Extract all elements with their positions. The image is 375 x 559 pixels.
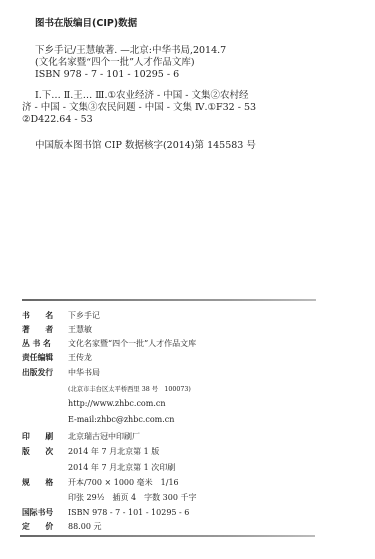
publisher-address: (北京市丰台区太平桥西里 38 号 100073) xyxy=(68,384,191,395)
classification-line-3: ②D422.64 - 53 xyxy=(22,114,93,126)
row-value: 北京瑞古冠中印刷厂 xyxy=(68,431,140,442)
row-value: ISBN 978 - 7 - 101 - 10295 - 6 xyxy=(68,507,189,518)
row-label: 国际书号 xyxy=(22,507,68,518)
row-label: 版 次 xyxy=(22,446,68,457)
row-value: 文化名家暨“四个一批”人才作品文库 xyxy=(68,338,196,349)
colophon-row-isbn: 国际书号ISBN 978 - 7 - 101 - 10295 - 6 xyxy=(22,507,189,518)
top-divider xyxy=(22,299,316,301)
colophon-row-publisher: 出版发行中华书局 xyxy=(22,367,100,378)
row-value: 王慧敏 xyxy=(68,324,92,335)
row-label: 著 者 xyxy=(22,324,68,335)
colophon-row-printer: 印 刷北京瑞古冠中印刷厂 xyxy=(22,431,140,442)
colophon-row-series: 丛 书 名文化名家暨“四个一批”人才作品文库 xyxy=(22,338,196,349)
row-label: 责任编辑 xyxy=(22,352,68,363)
printing-line: 2014 年 7 月北京第 1 次印刷 xyxy=(68,462,175,473)
colophon-row-format: 规 格开本/700 × 1000 毫米 1/16 xyxy=(22,477,179,488)
classification-line-2: 济 - 中国 - 文集③农民问题 - 中国 - 文集 Ⅳ.①F32 - 53 xyxy=(22,102,256,114)
bottom-divider xyxy=(20,535,315,537)
row-label: 定 价 xyxy=(22,521,68,532)
row-label: 丛 书 名 xyxy=(22,338,68,349)
colophon-row-title: 书 名下乡手记 xyxy=(22,310,100,321)
colophon-row-author: 著 者王慧敏 xyxy=(22,324,92,335)
colophon-row-editor: 责任编辑王传龙 xyxy=(22,352,92,363)
row-value: 王传龙 xyxy=(68,352,92,363)
sheets-line: 印张 29½ 插页 4 字数 300 千字 xyxy=(68,492,196,503)
classification-line-1: Ⅰ.下… Ⅱ.王… Ⅲ.①农业经济 - 中国 - 文集②农村经 xyxy=(35,90,249,102)
cip-heading: 图书在版编目(CIP)数据 xyxy=(35,15,137,29)
cip-record-title-line: 下乡手记/王慧敏著. —北京:中华书局,2014.7 xyxy=(35,45,226,57)
row-label: 书 名 xyxy=(22,310,68,321)
row-value: 开本/700 × 1000 毫米 1/16 xyxy=(68,477,179,488)
row-value: 2014 年 7 月北京第 1 版 xyxy=(68,446,159,457)
publisher-url: http://www.zhbc.com.cn xyxy=(68,398,166,409)
publisher-email: E-mail:zhbc@zhbc.com.cn xyxy=(68,414,174,425)
row-label: 印 刷 xyxy=(22,431,68,442)
row-value: 下乡手记 xyxy=(68,310,100,321)
row-label: 规 格 xyxy=(22,477,68,488)
row-value: 88.00 元 xyxy=(68,521,101,532)
colophon-row-price: 定 价88.00 元 xyxy=(22,521,101,532)
cip-record-isbn-line: ISBN 978 - 7 - 101 - 10295 - 6 xyxy=(35,69,179,81)
row-value: 中华书局 xyxy=(68,367,100,378)
row-label: 出版发行 xyxy=(22,367,68,378)
cip-number: 中国版本图书馆 CIP 数据核字(2014)第 145583 号 xyxy=(35,137,256,151)
cip-record-series-line: (文化名家暨“四个一批”人才作品文库) xyxy=(35,57,195,69)
colophon-row-edition: 版 次2014 年 7 月北京第 1 版 xyxy=(22,446,159,457)
